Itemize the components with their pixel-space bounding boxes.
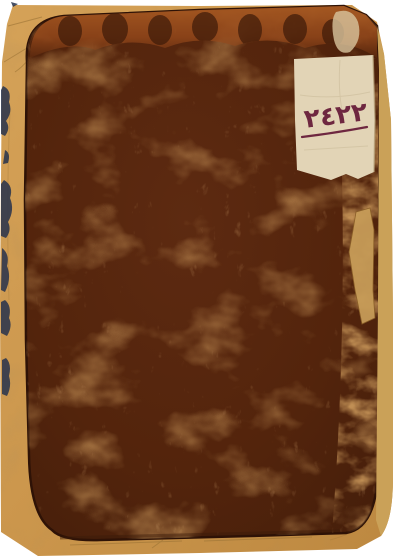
book-cover-photo: ٢٤٢٢ (0, 0, 400, 560)
photo-stage: ٢٤٢٢ (0, 0, 400, 560)
ink-stain (2, 358, 10, 396)
paper-label: ٢٤٢٢ (294, 55, 375, 180)
